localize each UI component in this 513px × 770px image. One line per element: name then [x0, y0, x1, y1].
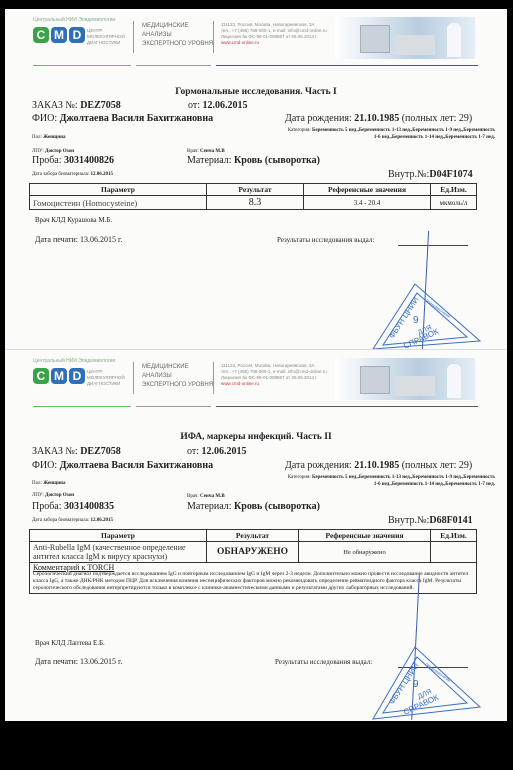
internal-number: Внутр.№:D04F1074 — [388, 169, 473, 180]
divider — [133, 21, 134, 53]
logo-letter-m: M — [51, 27, 67, 43]
address-block: 111123, Россия, Москва, Новогиреевская, … — [221, 22, 327, 46]
logo-subtitle: ЦЕНТР МОЛЕКУЛЯРНОЙ ДИАГНОСТИКИ — [87, 369, 132, 387]
divider — [133, 362, 134, 394]
results-table: Параметр Результат Референсные значения … — [29, 183, 477, 210]
print-date: Дата печати: 13.06.2015 г. — [35, 657, 122, 666]
cell-result: 8.3 — [207, 196, 304, 210]
material: Материал: Кровь (сыворотка) — [187, 155, 320, 166]
sample-number: Проба: 3031400835 — [32, 501, 114, 512]
header-result: Результат — [207, 184, 304, 196]
divider — [136, 406, 211, 407]
logo-letter-d: D — [69, 27, 85, 43]
address-block: 111123, Россия, Москва, Новогиреевская, … — [221, 363, 327, 387]
table-row: Гомоцистеин (Homocysteine) 8.3 3.4 - 20.… — [30, 196, 477, 210]
cell-result: ОБНАРУЖЕНО — [207, 542, 299, 563]
logo-letter-c: C — [33, 27, 49, 43]
comment-text: Серологический диагноз подтверждается ис… — [33, 571, 468, 591]
order-number: ЗАКАЗ №: DEZ7058 — [32, 446, 121, 457]
website-link[interactable]: www.cmd-online.ru — [221, 40, 327, 46]
cmd-logo: C M D — [33, 27, 85, 43]
tagline: МЕДИЦИНСКИЕ АНАЛИЗЫ ЭКСПЕРТНОГО УРОВНЯ — [142, 22, 213, 49]
report-page-1: Центральный НИИ Эпидемиологии C M D ЦЕНТ… — [5, 9, 507, 349]
cell-reference: 3.4 - 20.4 — [304, 196, 431, 210]
tagline: МЕДИЦИНСКИЕ АНАЛИЗЫ ЭКСПЕРТНОГО УРОВНЯ — [142, 363, 213, 390]
sample-number: Проба: 3031400826 — [32, 155, 114, 166]
divider — [33, 406, 131, 407]
logo-letter-c: C — [33, 368, 49, 384]
collection-date: Дата забора биоматериала: 12.06.2015 — [32, 172, 113, 177]
patient-name: ФИО: Джолтаева Василя Бахитжановна — [32, 113, 213, 124]
divider — [216, 406, 478, 407]
svg-text:9: 9 — [413, 679, 419, 690]
triangle-stamp-icon: ФБУН ЦНИИ Эпидемиологии 9 ДЛЯ СПРАВОК — [365, 635, 485, 721]
divider — [216, 65, 478, 66]
referring-doctor: Врач: Сенча М.В — [187, 149, 225, 154]
tagline-line: ЭКСПЕРТНОГО УРОВНЯ — [142, 40, 213, 49]
divider — [136, 65, 211, 66]
svg-text:Эпидемиологии: Эпидемиологии — [424, 298, 451, 319]
cell-reference: Не обнаружено — [299, 542, 431, 563]
header-reference: Референсные значения — [304, 184, 431, 196]
table-header-row: Параметр Результат Референсные значения … — [30, 530, 477, 542]
print-date: Дата печати: 13.06.2015 г. — [35, 235, 122, 244]
report-title: Гормональные исследования. Часть I — [5, 87, 507, 97]
header-result: Результат — [207, 530, 299, 542]
birth-date: Дата рождения: 21.10.1985 (полных лет: 2… — [285, 460, 472, 471]
lab-photo-banner — [335, 358, 475, 400]
svg-text:9: 9 — [413, 315, 419, 326]
table-row: Anti-Rubella IgM (качественное определен… — [30, 542, 477, 563]
logo-subtitle: ЦЕНТР МОЛЕКУЛЯРНОЙ ДИАГНОСТИКИ — [87, 28, 132, 46]
lpu: ЛПУ: Доктор Озон — [32, 149, 74, 154]
category: Категория: Беременность 5 нед.,Беременно… — [288, 474, 495, 488]
patient-name: ФИО: Джолтаева Василя Бахитжановна — [32, 460, 213, 471]
referring-doctor: Врач: Сенча М.В — [187, 494, 225, 499]
letterhead: Центральный НИИ Эпидемиологии C M D ЦЕНТ… — [5, 350, 507, 410]
signature-line — [398, 245, 468, 246]
order-date: от: 12.06.2015 — [188, 100, 248, 111]
collection-date: Дата забора биоматериала: 12.06.2015 — [32, 518, 113, 523]
lab-doctor: Врач КЛД Лаптева Е.Б. — [35, 639, 105, 647]
divider — [33, 65, 131, 66]
cell-param: Гомоцистеин (Homocysteine) — [30, 196, 207, 210]
order-number: ЗАКАЗ №: DEZ7058 — [32, 100, 121, 111]
report-page-2: Центральный НИИ Эпидемиологии C M D ЦЕНТ… — [5, 349, 507, 721]
logo-letter-d: D — [69, 368, 85, 384]
issued-by-label: Результаты исследования выдал: — [275, 658, 372, 666]
cell-param: Anti-Rubella IgM (качественное определен… — [30, 542, 207, 563]
logo-letter-m: M — [51, 368, 67, 384]
tagline-line: ЭКСПЕРТНОГО УРОВНЯ — [142, 381, 213, 390]
divider — [213, 21, 214, 53]
org-label: Центральный НИИ Эпидемиологии — [33, 358, 115, 364]
sex: Пол: Женщина — [32, 481, 65, 486]
svg-text:Эпидемиологии: Эпидемиологии — [424, 662, 451, 683]
table-header-row: Параметр Результат Референсные значения … — [30, 184, 477, 196]
org-label: Центральный НИИ Эпидемиологии — [33, 17, 115, 23]
torch-comment: Комментарий к TORCH Серологический диагн… — [30, 563, 477, 594]
lab-doctor: Врач КЛД Курашова М.Б. — [35, 216, 112, 224]
cell-unit: мкмоль/л — [431, 196, 477, 210]
order-date: от: 12.06.2015 — [187, 446, 247, 457]
tagline-line: АНАЛИЗЫ — [142, 31, 213, 40]
header-unit: Ед.Изм. — [431, 530, 477, 542]
divider — [213, 362, 214, 394]
lpu: ЛПУ: Доктор Озон — [32, 493, 74, 498]
material: Материал: Кровь (сыворотка) — [187, 501, 320, 512]
cell-unit — [431, 542, 477, 563]
issued-by-label: Результаты исследования выдал: — [277, 236, 374, 244]
comment-row: Комментарий к TORCH Серологический диагн… — [30, 563, 477, 594]
birth-date: Дата рождения: 21.10.1985 (полных лет: 2… — [285, 113, 472, 124]
lab-photo-banner — [335, 17, 475, 59]
header-reference: Референсные значения — [299, 530, 431, 542]
header-unit: Ед.Изм. — [431, 184, 477, 196]
comment-title: Комментарий к TORCH — [33, 564, 473, 571]
tagline-line: АНАЛИЗЫ — [142, 372, 213, 381]
header-param: Параметр — [30, 184, 207, 196]
results-table: Параметр Результат Референсные значения … — [29, 529, 477, 594]
internal-number: Внутр.№:D68F0141 — [388, 515, 473, 526]
report-title: ИФА, маркеры инфекций. Часть II — [5, 432, 507, 442]
letterhead: Центральный НИИ Эпидемиологии C M D ЦЕНТ… — [5, 9, 507, 69]
website-link[interactable]: www.cmd-online.ru — [221, 381, 327, 387]
cmd-logo: C M D — [33, 368, 85, 384]
tagline-line: МЕДИЦИНСКИЕ — [142, 22, 213, 31]
header-param: Параметр — [30, 530, 207, 542]
triangle-stamp-icon: ФБУН ЦНИИ Эпидемиологии 9 ДЛЯ СПРАВОК — [365, 279, 485, 354]
sex: Пол: Женщина — [32, 135, 65, 140]
category: Категория: Беременность 5 нед.,Беременно… — [288, 127, 495, 141]
tagline-line: МЕДИЦИНСКИЕ — [142, 363, 213, 372]
